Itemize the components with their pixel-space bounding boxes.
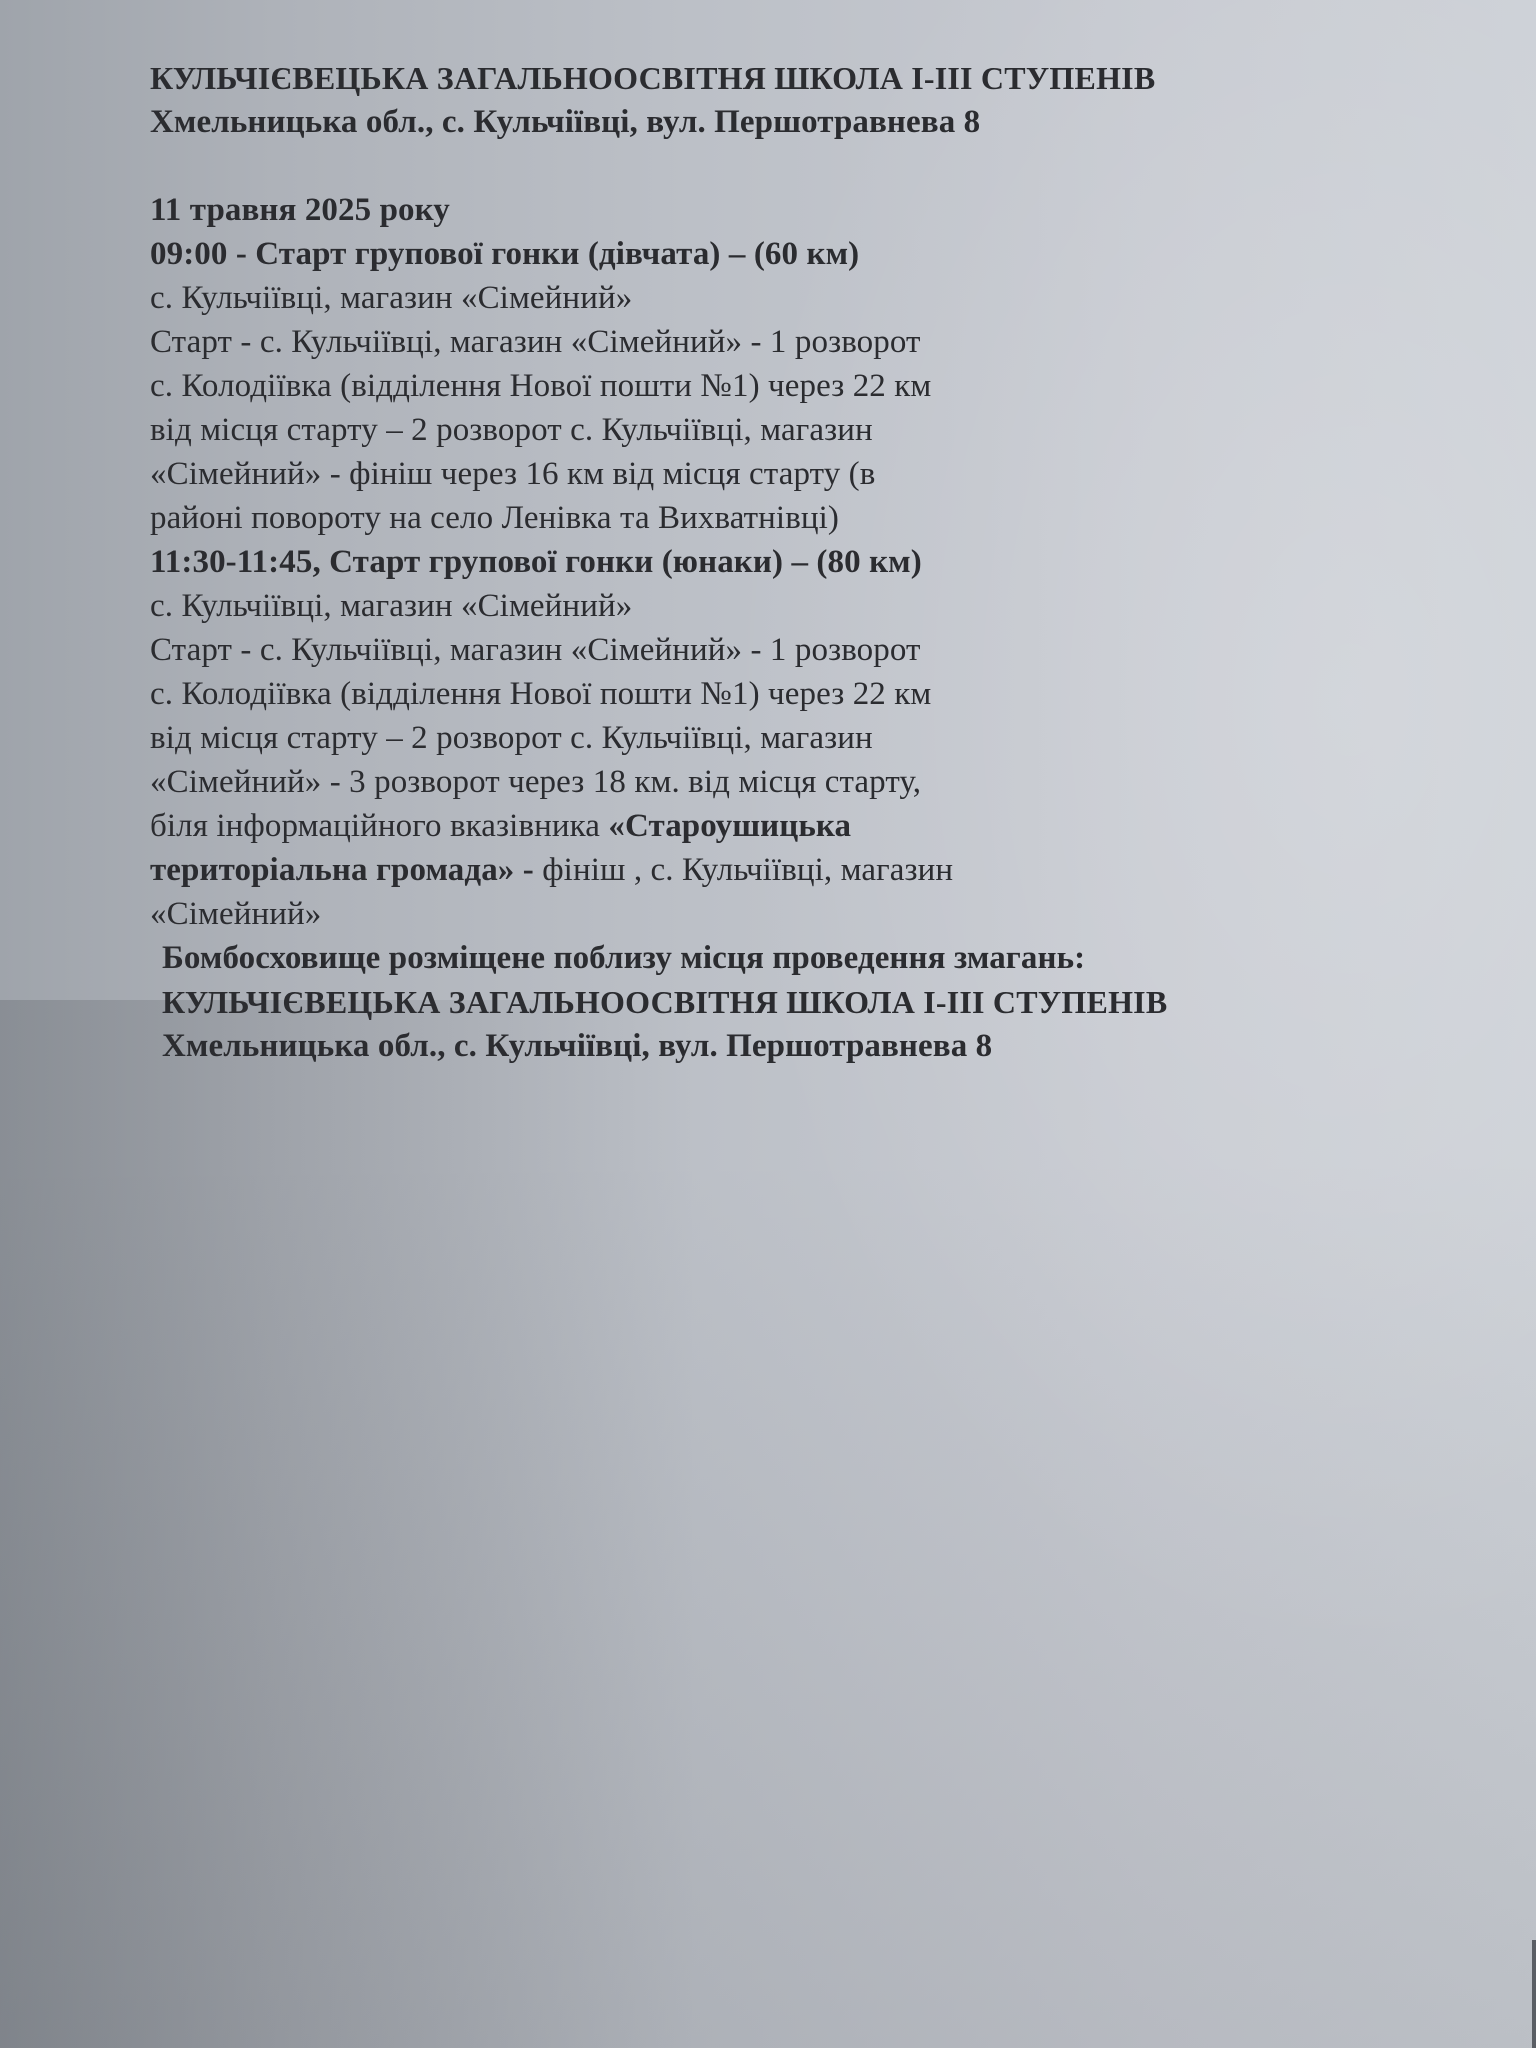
race-title-text: - Старт групової гонки (дівчата) – (60 к…	[228, 236, 860, 272]
race-route-line: с. Колодіївка (відділення Нової пошти №1…	[150, 364, 1450, 408]
race-route-line: районі повороту на село Ленівка та Вихва…	[150, 496, 1450, 540]
race-route-line: «Сімейний» - фініш через 16 км від місця…	[150, 452, 1450, 496]
spacer	[150, 144, 1450, 188]
race-time: 11:30-11:45	[150, 544, 312, 580]
race-route-line: «Сімейний»	[150, 892, 1450, 936]
race-route-line: від місця старту – 2 розворот с. Кульчії…	[150, 716, 1450, 760]
race-boys: 11:30-11:45, Старт групової гонки (юнаки…	[150, 540, 1450, 936]
race-route-line: «Сімейний» - 3 розворот через 18 км. від…	[150, 760, 1450, 804]
school-name-heading: КУЛЬЧІЄВЕЦЬКА ЗАГАЛЬНООСВІТНЯ ШКОЛА І-ІІ…	[150, 56, 1450, 100]
race-location: с. Кульчіївці, магазин «Сімейний»	[150, 276, 1450, 320]
shelter-heading: Бомбосховище розміщене поблизу місця про…	[162, 936, 1450, 980]
event-date: 11 травня 2025 року	[150, 188, 1450, 232]
shelter-info: Бомбосховище розміщене поблизу місця про…	[162, 936, 1450, 1068]
race-route-line: Старт - с. Кульчіївці, магазин «Сімейний…	[150, 628, 1450, 672]
route-text: біля інформаційного вказівника	[150, 808, 608, 844]
race-route-line: від місця старту – 2 розворот с. Кульчії…	[150, 408, 1450, 452]
race-route-line: с. Колодіївка (відділення Нової пошти №1…	[150, 672, 1450, 716]
race-title: 11:30-11:45, Старт групової гонки (юнаки…	[150, 540, 1450, 584]
paper-shadow-left	[0, 1000, 700, 2048]
document-header: КУЛЬЧІЄВЕЦЬКА ЗАГАЛЬНООСВІТНЯ ШКОЛА І-ІІ…	[150, 56, 1450, 144]
route-landmark: територіальна громада» -	[150, 852, 542, 888]
shelter-school-name: КУЛЬЧІЄВЕЦЬКА ЗАГАЛЬНООСВІТНЯ ШКОЛА І-ІІ…	[162, 980, 1450, 1024]
race-route-line: Старт - с. Кульчіївці, магазин «Сімейний…	[150, 320, 1450, 364]
race-route-line: територіальна громада» - фініш , с. Куль…	[150, 848, 1450, 892]
document-page: КУЛЬЧІЄВЕЦЬКА ЗАГАЛЬНООСВІТНЯ ШКОЛА І-ІІ…	[150, 56, 1450, 1068]
race-title-text: , Старт групової гонки (юнаки) – (80 км)	[312, 544, 921, 580]
race-route-line: біля інформаційного вказівника «Староуши…	[150, 804, 1450, 848]
race-title: 09:00 - Старт групової гонки (дівчата) –…	[150, 232, 1450, 276]
race-location: с. Кульчіївці, магазин «Сімейний»	[150, 584, 1450, 628]
shelter-address: Хмельницька обл., с. Кульчіївці, вул. Пе…	[162, 1024, 1450, 1068]
route-text: фініш , с. Кульчіївці, магазин	[542, 852, 953, 888]
paper-shadow-bottom	[0, 1148, 1536, 2048]
route-landmark: «Староушицька	[608, 808, 851, 844]
race-girls: 09:00 - Старт групової гонки (дівчата) –…	[150, 232, 1450, 540]
paper-edge	[1532, 1940, 1536, 2048]
race-time: 09:00	[150, 236, 228, 272]
school-address: Хмельницька обл., с. Кульчіївці, вул. Пе…	[150, 100, 1450, 144]
